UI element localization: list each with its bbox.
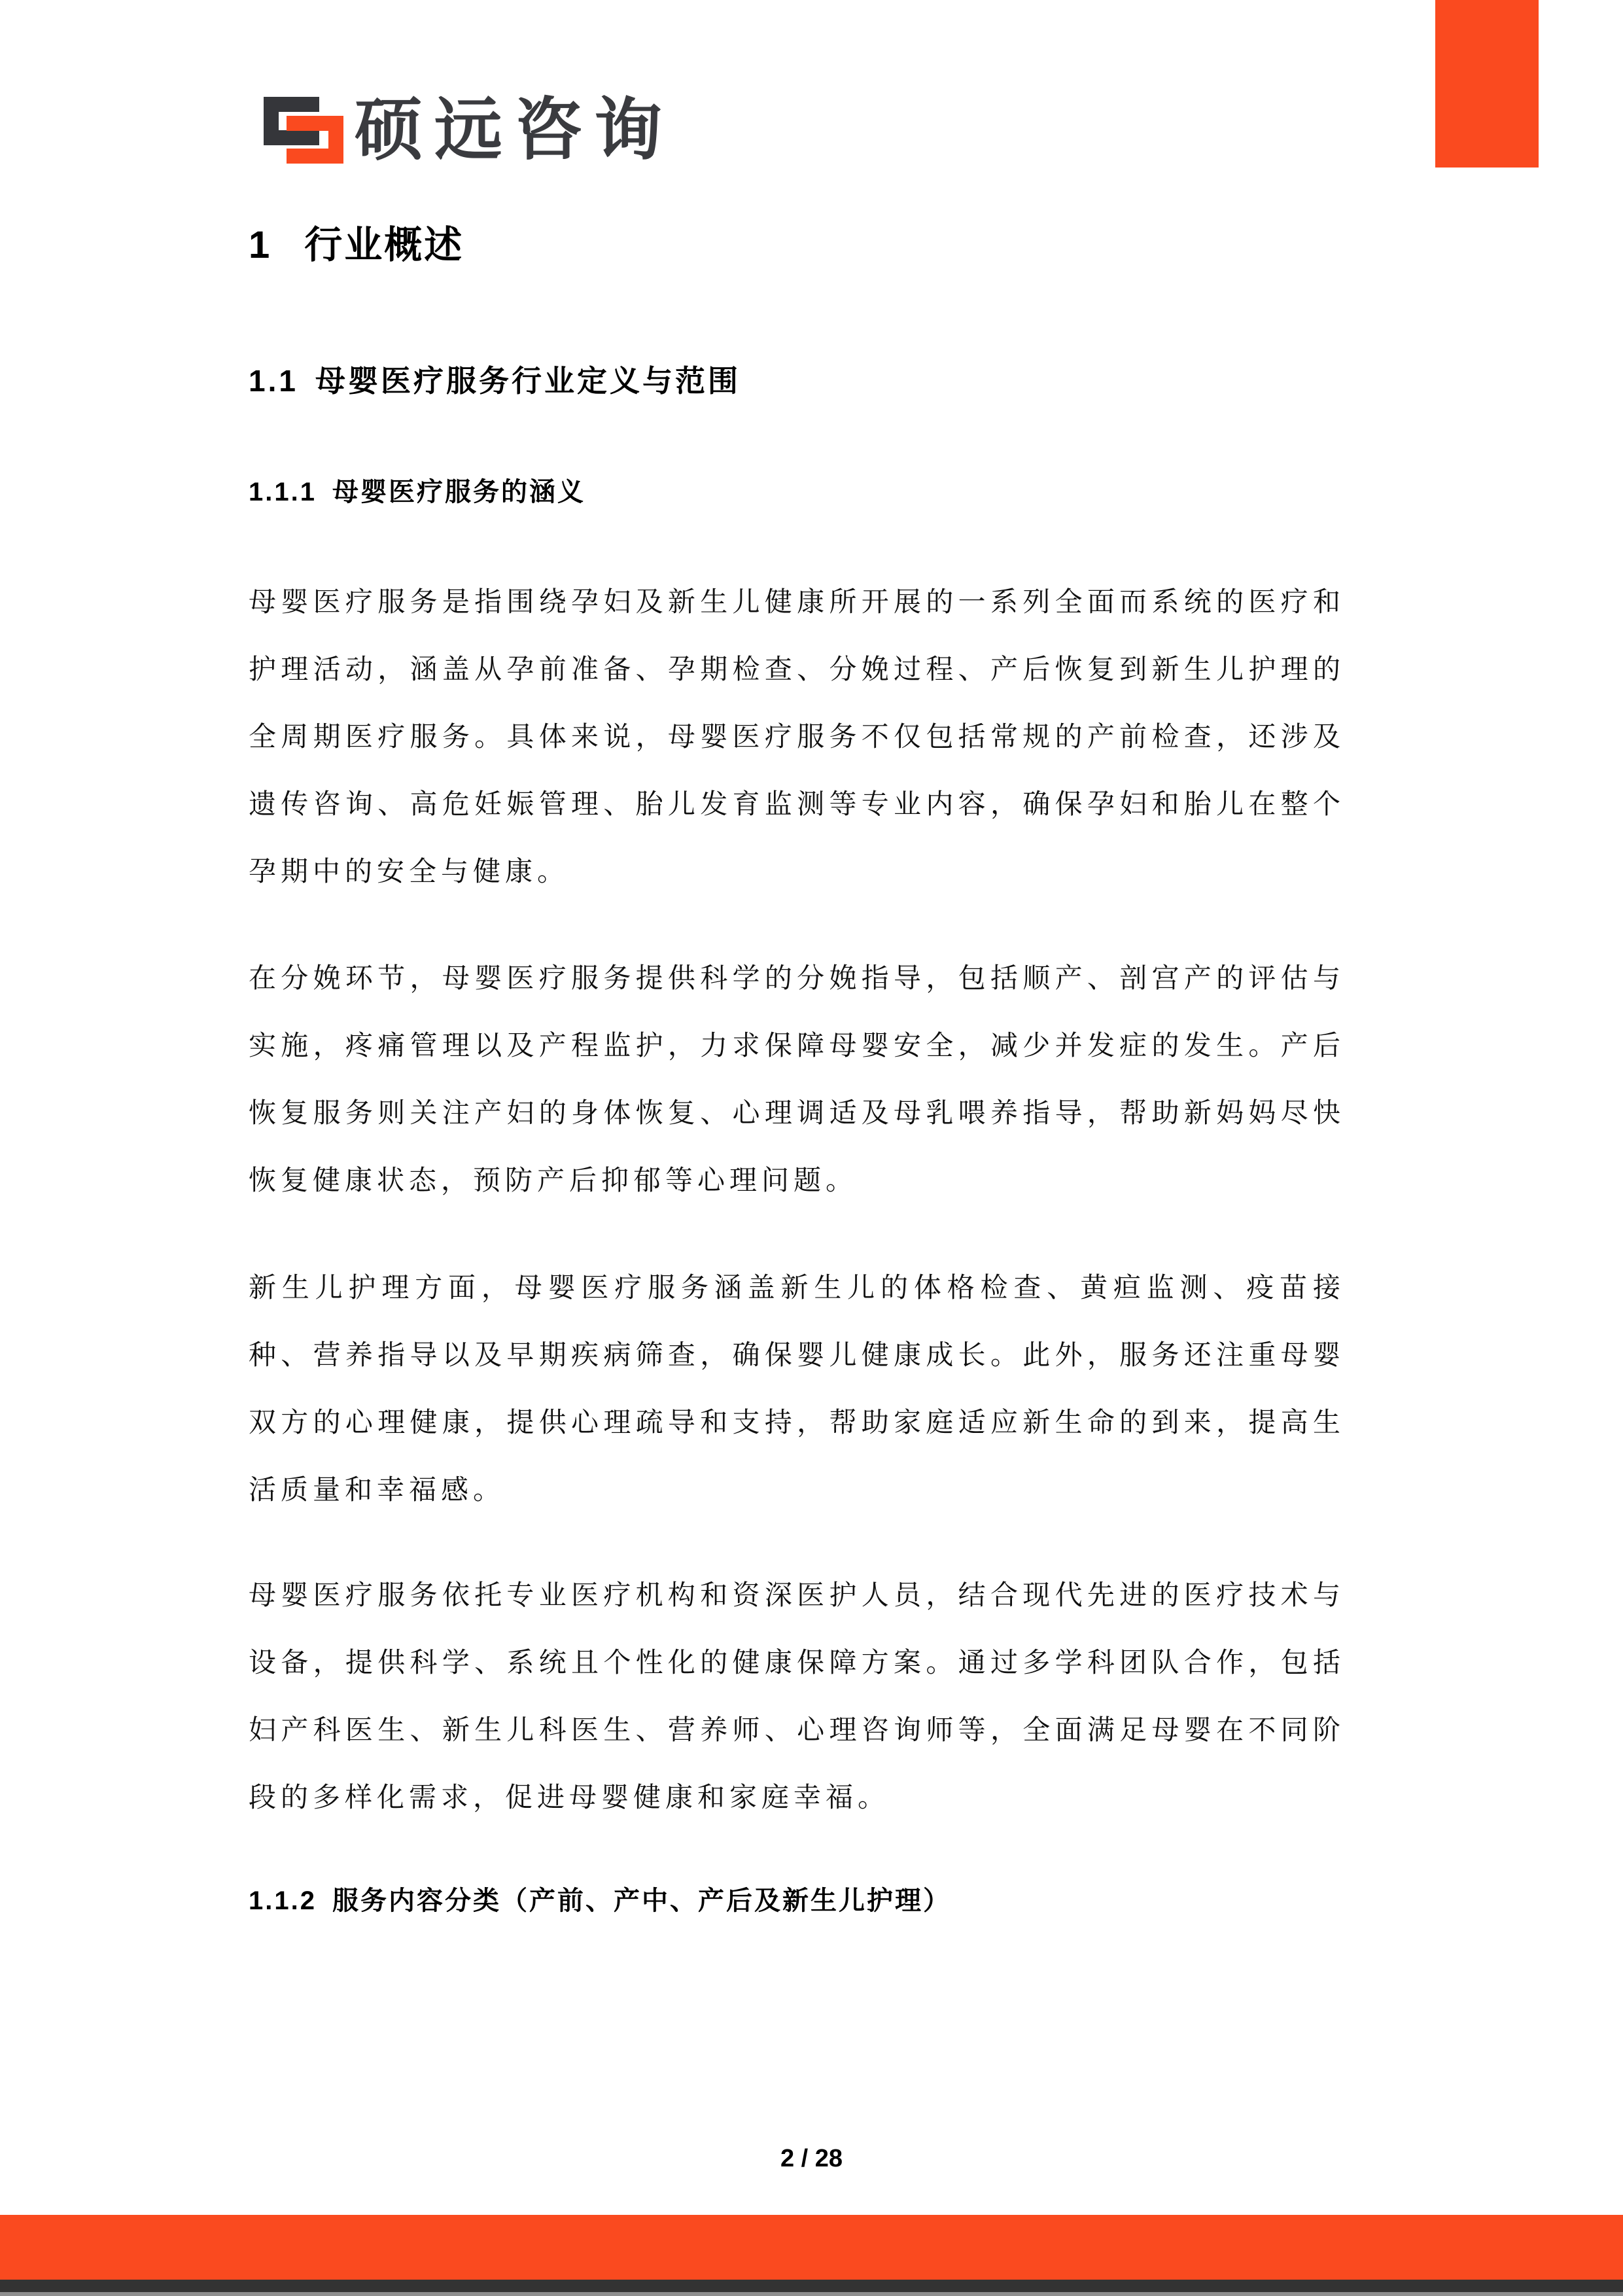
heading-subsection-2: 1.1.2服务内容分类（产前、产中、产后及新生儿护理） [249,1886,951,1916]
heading-section-title: 母婴医疗服务行业定义与范围 [315,364,741,398]
heading-subsection-1: 1.1.1母婴医疗服务的涵义 [249,477,585,507]
logo-text: 硕远咨询 [355,92,674,169]
footer-accent-bar [0,2215,1623,2280]
document-page: 硕远咨询 1行业概述 1.1母婴医疗服务行业定义与范围 1.1.1母婴医疗服务的… [0,0,1623,2296]
body-paragraph: 新生儿护理方面，母婴医疗服务涵盖新生儿的体格检查、黄疸监测、疫苗接种、营养指导以… [249,1254,1345,1523]
footer-edge-line [0,2292,1623,2296]
heading-subsection-2-title: 服务内容分类（产前、产中、产后及新生儿护理） [332,1886,951,1915]
footer-dark-strip [0,2280,1623,2292]
heading-chapter-title: 行业概述 [304,224,464,266]
heading-chapter-number: 1 [249,224,271,266]
heading-section: 1.1母婴医疗服务行业定义与范围 [249,364,741,398]
corner-accent-rectangle [1435,0,1539,168]
logo-icon [264,97,343,164]
page-number: 2 / 28 [0,2145,1623,2173]
heading-subsection-1-title: 母婴医疗服务的涵义 [332,478,585,506]
heading-chapter: 1行业概述 [249,225,464,266]
body-paragraph: 母婴医疗服务是指围绕孕妇及新生儿健康所开展的一系列全面而系统的医疗和护理活动，涵… [249,568,1345,905]
body-paragraph: 在分娩环节，母婴医疗服务提供科学的分娩指导，包括顺产、剖宫产的评估与实施，疼痛管… [249,944,1345,1214]
heading-subsection-1-number: 1.1.1 [249,478,317,506]
logo-orange-bracket-icon [287,116,343,164]
heading-section-number: 1.1 [249,364,298,398]
body-paragraph: 母婴医疗服务依托专业医疗机构和资深医护人员，结合现代先进的医疗技术与设备，提供科… [249,1561,1345,1831]
heading-subsection-2-number: 1.1.2 [249,1886,317,1915]
